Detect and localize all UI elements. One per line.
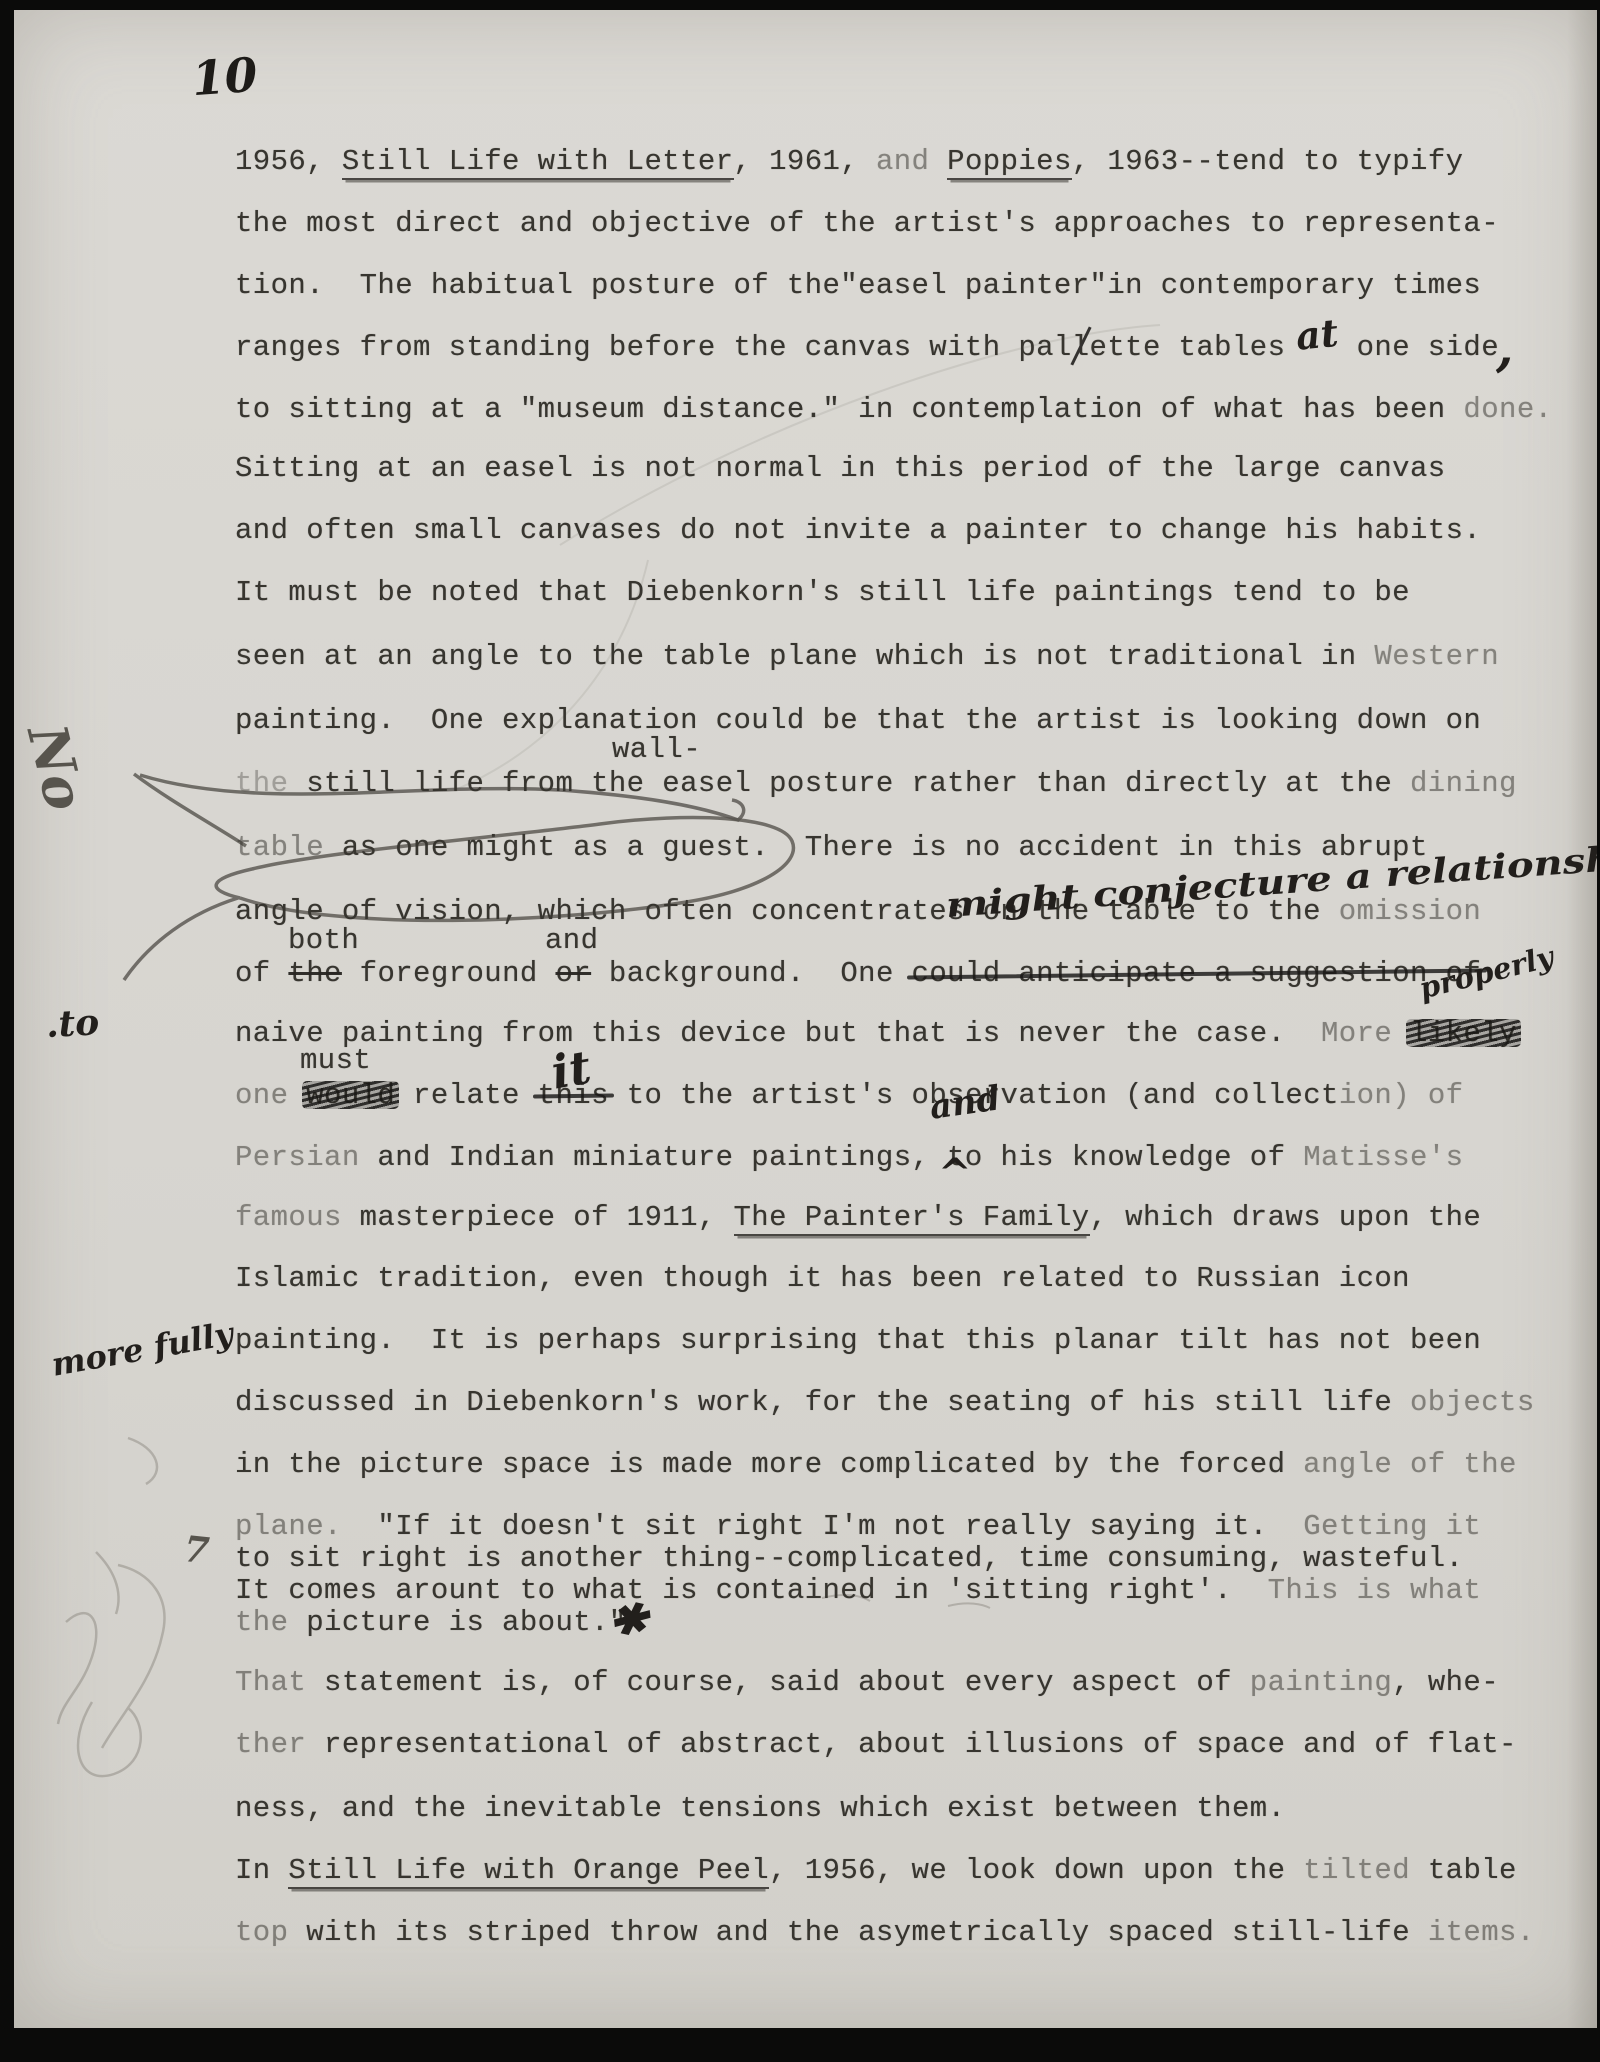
asterisk-star: ✱ xyxy=(605,1591,652,1649)
correction-might-conjecture: might conjecture a relationship xyxy=(945,836,1600,926)
handwritten-layer: at,Nomight conjecture a relationshipprop… xyxy=(0,0,1600,2062)
insertion-at: at xyxy=(1294,310,1341,359)
margin-note-no: No xyxy=(15,718,98,816)
correction-properly: properly xyxy=(1416,939,1557,1005)
margin-note-more-fully: more fully xyxy=(49,1314,236,1383)
margin-note-to: .to xyxy=(45,1001,100,1046)
scan-border-top xyxy=(0,0,1600,10)
margin-numeral-7: 7 xyxy=(182,1528,211,1572)
insertion-comma: , xyxy=(1496,318,1513,377)
scan-border-bottom xyxy=(0,2028,1600,2062)
page-number: 10 xyxy=(190,48,259,107)
caret-mark: ^ xyxy=(938,1150,972,1197)
scan-border-left xyxy=(0,0,14,2062)
correction-it: it xyxy=(547,1040,595,1100)
insertion-and: and xyxy=(927,1078,1002,1127)
